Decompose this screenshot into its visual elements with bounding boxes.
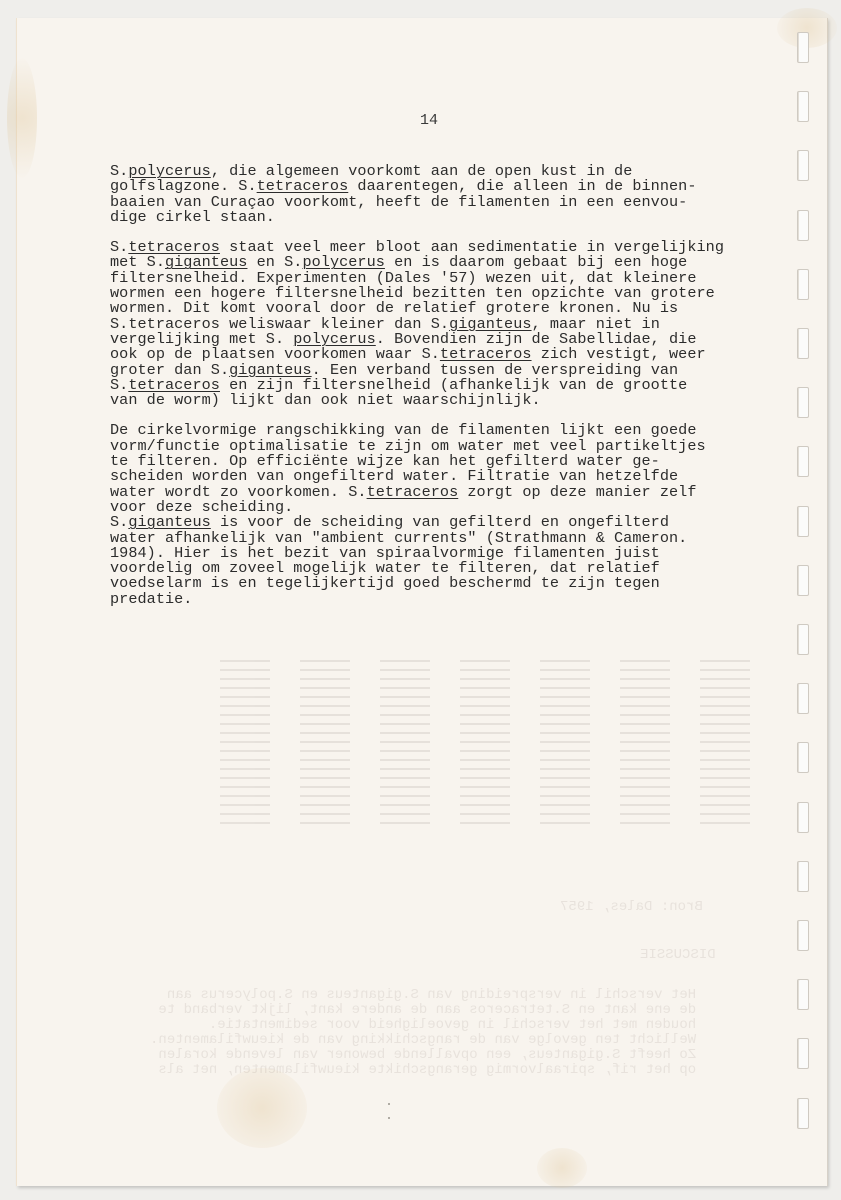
binder-slot — [797, 446, 809, 477]
paper-stain — [7, 58, 37, 178]
text-span: zorgt op deze manier zelf — [458, 483, 696, 501]
bleed-through-table — [210, 640, 770, 850]
binder-slot — [797, 1098, 809, 1129]
binder-slot — [797, 387, 809, 418]
text-line: dige cirkel staan. — [110, 210, 800, 225]
text-span: dige cirkel staan. — [110, 208, 275, 226]
paragraph-p3: De cirkelvormige rangschikking van de fi… — [110, 423, 800, 607]
page-number: 14 — [420, 112, 438, 129]
binder-slot — [797, 742, 809, 773]
paragraph-p1: S.polycerus, die algemeen voorkomt aan d… — [110, 164, 800, 225]
binder-slot — [797, 1038, 809, 1069]
text-line: voedselarm is en tegelijkertijd goed bes… — [110, 576, 800, 591]
bleed-through-heading: DISCUSSIE — [640, 948, 716, 963]
binder-slot — [797, 32, 809, 63]
binder-slot — [797, 506, 809, 537]
binder-slot — [797, 91, 809, 122]
binder-slot — [797, 269, 809, 300]
binder-slot — [797, 624, 809, 655]
paper-stain — [537, 1148, 587, 1188]
binder-slot — [797, 861, 809, 892]
binder-slot — [797, 210, 809, 241]
text-span: predatie. — [110, 590, 192, 608]
paper-stain — [217, 1068, 307, 1148]
paragraph-p2: S.tetraceros staat veel meer bloot aan s… — [110, 240, 800, 408]
text-line: van de worm) lijkt dan ook niet waarschi… — [110, 393, 800, 408]
binder-slot — [797, 979, 809, 1010]
binder-slot — [797, 328, 809, 359]
speck — [388, 1117, 390, 1119]
binder-slot — [797, 802, 809, 833]
binder-slot — [797, 565, 809, 596]
species-name: tetraceros — [367, 483, 459, 501]
binder-slot — [797, 920, 809, 951]
binder-slot — [797, 150, 809, 181]
bleed-through-text: Het verschil in verspreiding van S.gigan… — [150, 988, 696, 1078]
body-text: S.polycerus, die algemeen voorkomt aan d… — [110, 164, 800, 622]
bleed-through-source: Bron: Dales, 1957 — [560, 900, 703, 915]
speck — [388, 1103, 390, 1105]
binder-slot — [797, 683, 809, 714]
text-line: predatie. — [110, 592, 800, 607]
text-span: van de worm) lijkt dan ook niet waarschi… — [110, 391, 541, 409]
